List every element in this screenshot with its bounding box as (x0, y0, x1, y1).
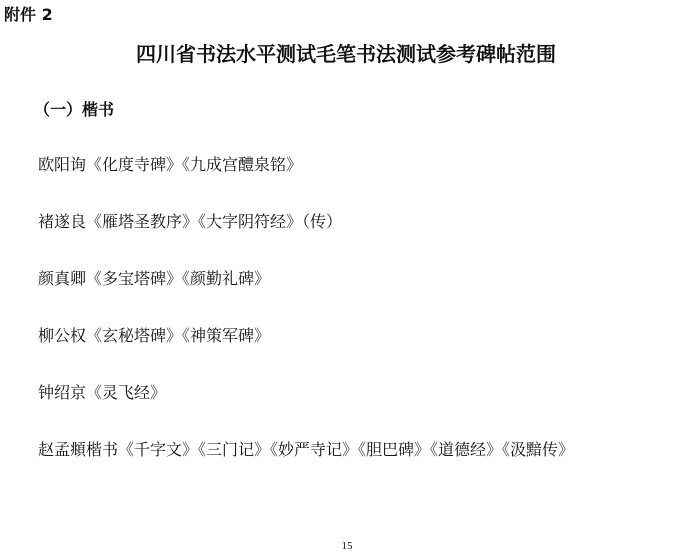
document-title: 四川省书法水平测试毛笔书法测试参考碑帖范围 (0, 38, 680, 67)
list-item-ouyang-xun: 欧阳询《化度寺碑》《九成宫醴泉铭》 (38, 152, 302, 175)
list-item-liu-gongquan: 柳公权《玄秘塔碑》《神策军碑》 (38, 323, 270, 346)
list-item-chu-suiliang: 褚遂良《雁塔圣教序》《大字阴符经》（传） (38, 209, 342, 232)
list-item-zhao-mengfu: 赵孟頫楷书《千字文》《三门记》《妙严寺记》《胆巴碑》《道德经》《汲黯传》 (38, 437, 574, 460)
attachment-label: 附件 2 (4, 2, 53, 25)
list-item-zhong-shaojing: 钟绍京《灵飞经》 (38, 380, 166, 403)
section-heading-kaishu: （一）楷书 (34, 97, 114, 120)
list-item-yan-zhenqing: 颜真卿《多宝塔碑》《颜勤礼碑》 (38, 266, 270, 289)
page-number: 15 (0, 540, 680, 552)
